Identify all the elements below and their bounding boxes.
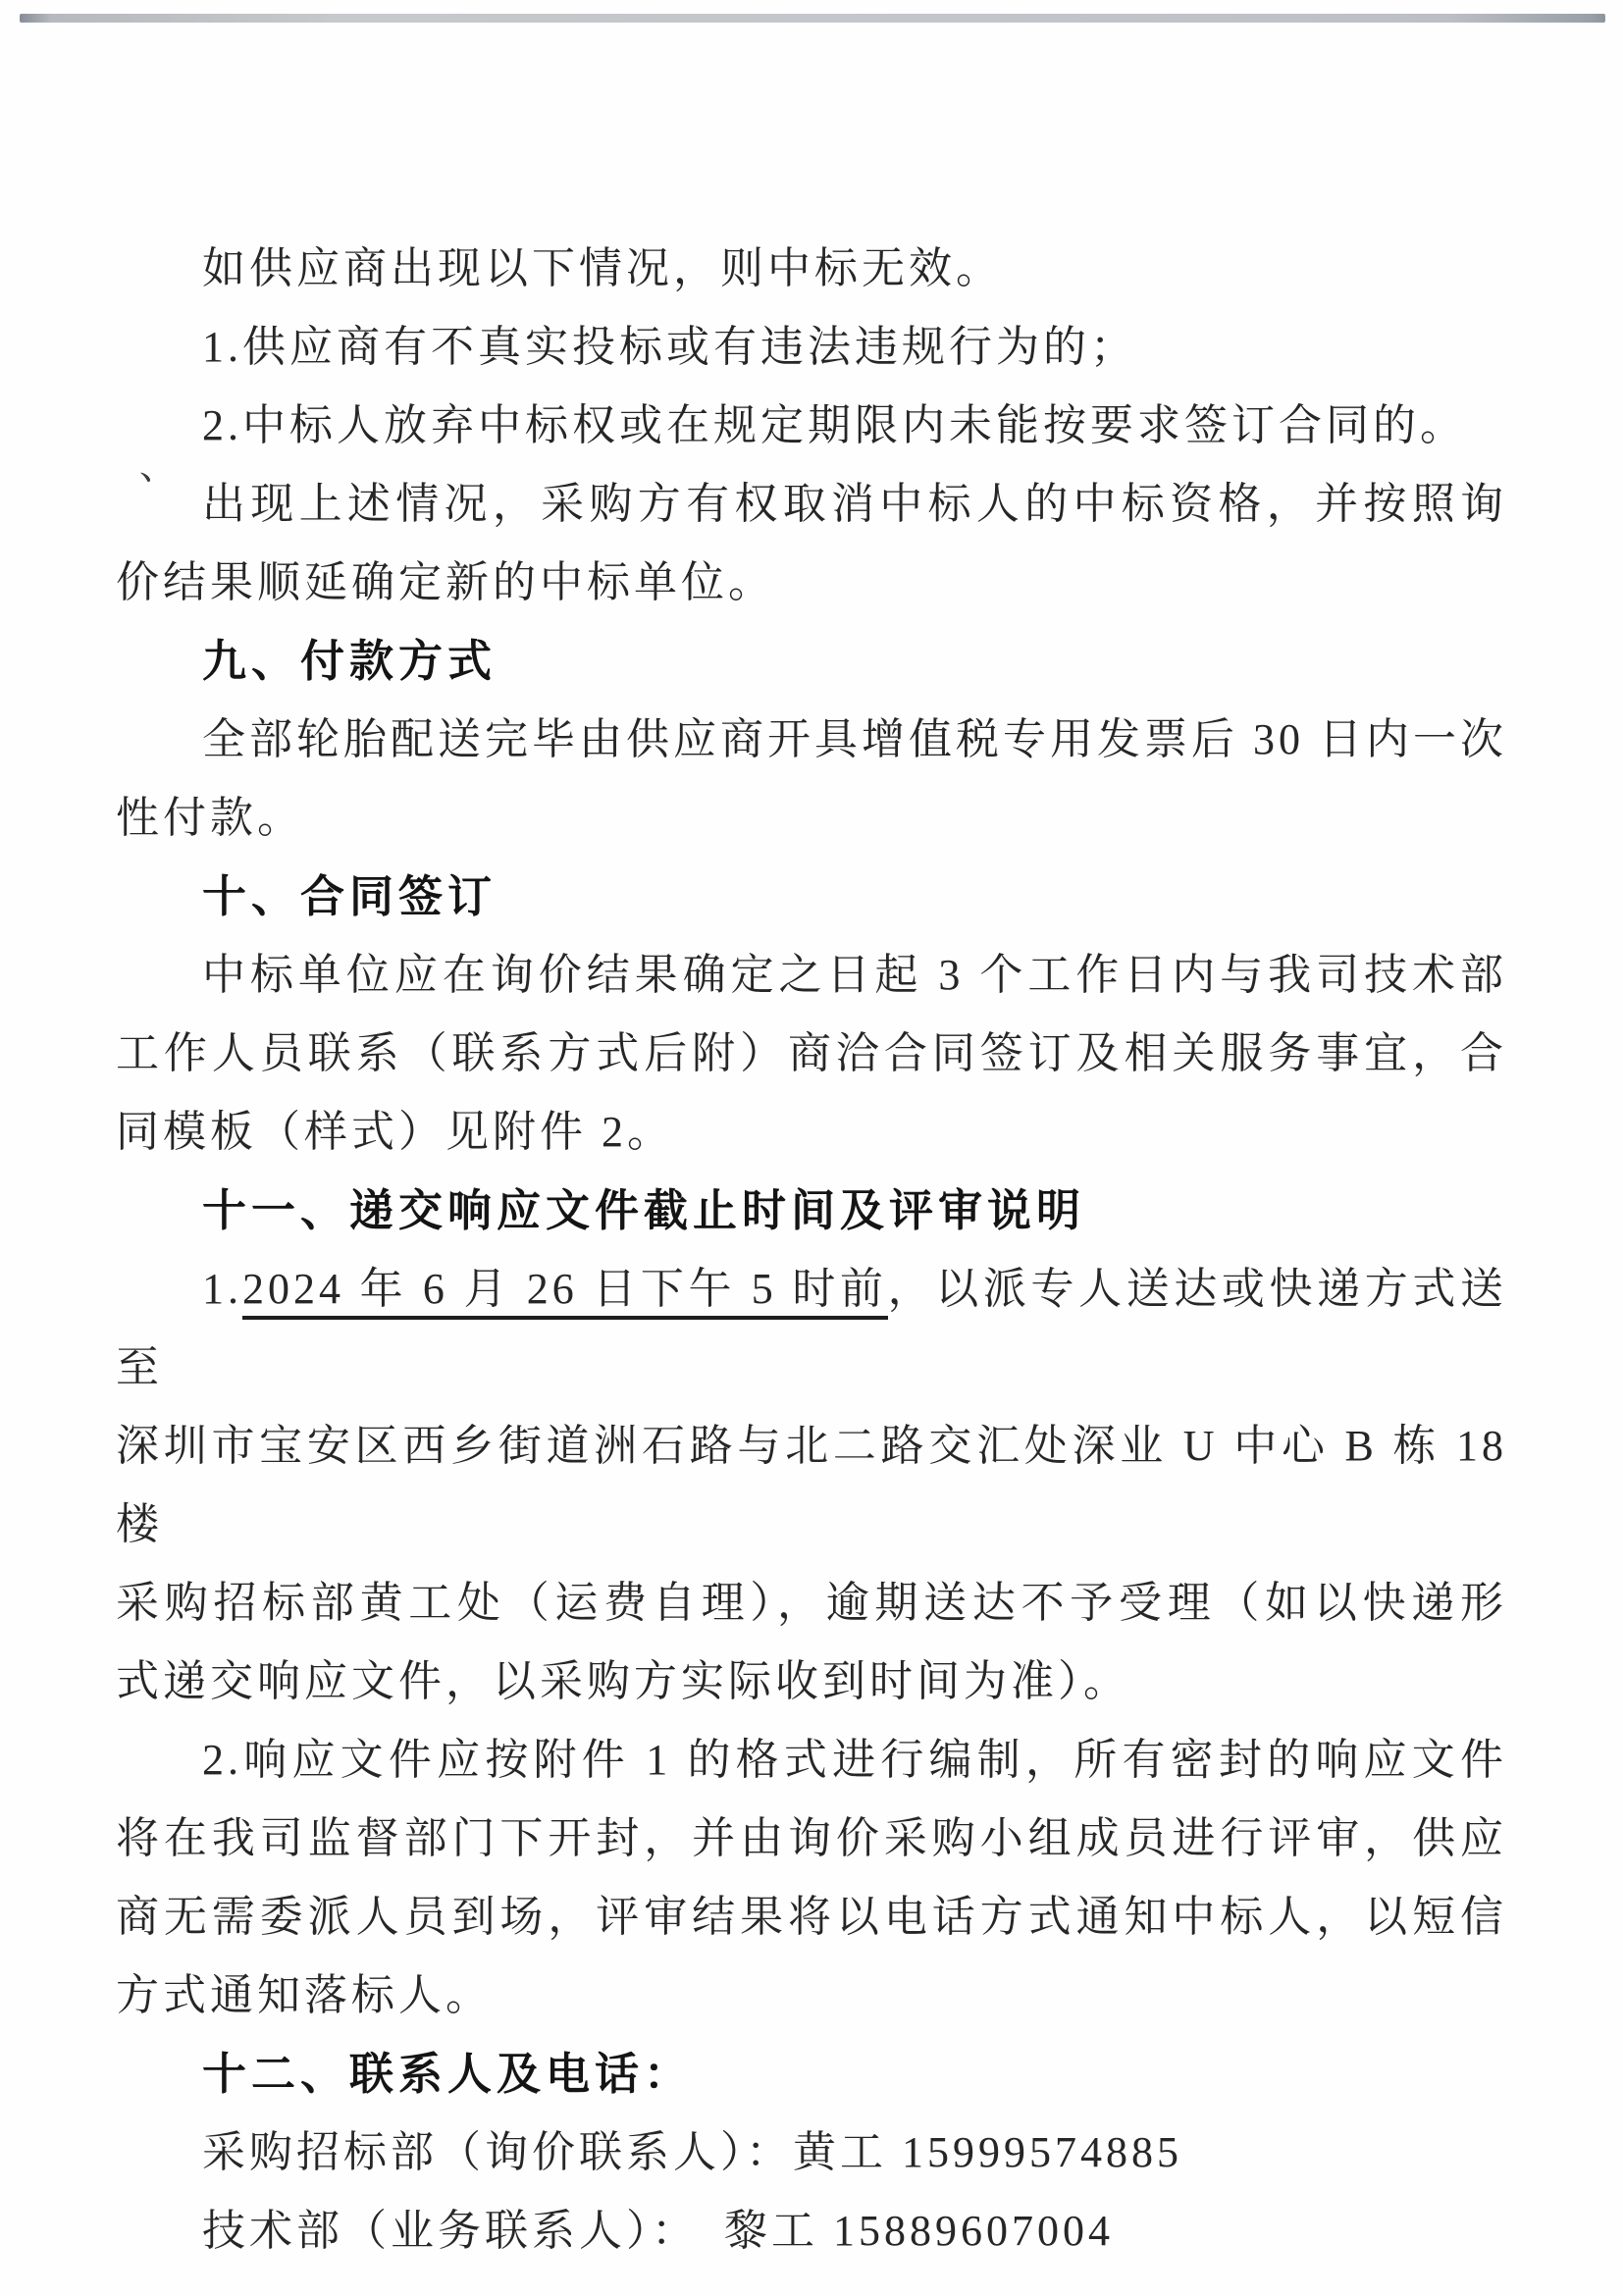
text-line: 如供应商出现以下情况，则中标无效。 [116,230,1507,308]
text-segment: 1.供应商有不真实投标或有违法违规行为的； [202,323,1137,371]
text-segment: 工作人员联系（联系方式后附）商洽合同签订及相关服务事宜，合 [116,1029,1507,1077]
text-segment: 深圳市宝安区西乡街道洲石路与北二路交汇处深业 U 中心 B 栋 18 楼 [116,1422,1507,1548]
text-segment: 十、合同签订 [202,871,497,921]
text-line: 方式通知落标人。 [116,1957,1507,2035]
text-line: 将在我司监督部门下开封，并由询价采购小组成员进行评审，供应 [116,1800,1507,1878]
scan-artifact-line [20,14,1605,23]
text-line: 采购招标部（询价联系人）：黄工 15999574885 [116,2113,1507,2192]
text-line: 性付款。 [116,779,1507,858]
document-body: 如供应商出现以下情况，则中标无效。1.供应商有不真实投标或有违法违规行为的；2.… [116,230,1507,2270]
text-segment: 1. [202,1265,242,1313]
text-segment: 十一、递交响应文件截止时间及评审说明 [202,1185,1085,1235]
text-line: 同模板（样式）见附件 2。 [116,1093,1507,1172]
text-segment: 全部轮胎配送完毕由供应商开具增值税专用发票后 30 日内一次 [202,715,1507,763]
text-line: 商无需委派人员到场，评审结果将以电话方式通知中标人，以短信 [116,1878,1507,1957]
underlined-deadline-text: 2024 年 6 月 26 日下午 5 时前 [242,1265,888,1320]
section-heading: 十一、递交响应文件截止时间及评审说明 [116,1172,1507,1250]
text-line: 出现上述情况，采购方有权取消中标人的中标资格，并按照询 [116,465,1507,544]
text-line: 2.中标人放弃中标权或在规定期限内未能按要求签订合同的。 [116,387,1507,465]
document-page: 、 如供应商出现以下情况，则中标无效。1.供应商有不真实投标或有违法违规行为的；… [0,0,1623,2296]
section-heading: 十二、联系人及电话： [116,2035,1507,2113]
text-segment: 技术部（业务联系人）： 黎工 15889607004 [202,2207,1114,2255]
text-line: 2.响应文件应按附件 1 的格式进行编制，所有密封的响应文件 [116,1721,1507,1800]
text-segment: 将在我司监督部门下开封，并由询价采购小组成员进行评审，供应 [116,1814,1507,1862]
text-line: 全部轮胎配送完毕由供应商开具增值税专用发票后 30 日内一次 [116,701,1507,779]
text-line: 价结果顺延确定新的中标单位。 [116,544,1507,622]
text-segment: 价结果顺延确定新的中标单位。 [116,558,775,606]
text-line: 式递交响应文件，以采购方实际收到时间为准）。 [116,1643,1507,1721]
text-segment: 同模板（样式）见附件 2。 [116,1108,674,1156]
text-line: 深圳市宝安区西乡街道洲石路与北二路交汇处深业 U 中心 B 栋 18 楼 [116,1407,1507,1564]
text-segment: 2.中标人放弃中标权或在规定期限内未能按要求签订合同的。 [202,401,1467,449]
text-segment: 采购招标部黄工处（运费自理），逾期送达不予受理（如以快递形 [116,1579,1507,1627]
text-segment: 方式通知落标人。 [116,1971,493,2019]
text-segment: 商无需委派人员到场，评审结果将以电话方式通知中标人，以短信 [116,1893,1507,1941]
text-segment: 性付款。 [116,794,304,842]
text-line: 工作人员联系（联系方式后附）商洽合同签订及相关服务事宜，合 [116,1015,1507,1093]
section-heading: 九、付款方式 [116,622,1507,701]
text-segment: 中标单位应在询价结果确定之日起 3 个工作日内与我司技术部 [202,951,1507,999]
text-line: 中标单位应在询价结果确定之日起 3 个工作日内与我司技术部 [116,936,1507,1015]
text-line: 1.2024 年 6 月 26 日下午 5 时前，以派专人送达或快递方式送至 [116,1250,1507,1407]
text-segment: 九、付款方式 [202,636,497,686]
text-segment: 十二、联系人及电话： [202,2049,693,2099]
text-segment: 式递交响应文件，以采购方实际收到时间为准）。 [116,1657,1130,1705]
text-line: 1.供应商有不真实投标或有违法违规行为的； [116,308,1507,387]
text-segment: 如供应商出现以下情况，则中标无效。 [202,244,1003,292]
text-line: 采购招标部黄工处（运费自理），逾期送达不予受理（如以快递形 [116,1564,1507,1643]
text-line: 技术部（业务联系人）： 黎工 15889607004 [116,2192,1507,2270]
text-segment: 采购招标部（询价联系人）：黄工 15999574885 [202,2128,1182,2176]
text-segment: 2.响应文件应按附件 1 的格式进行编制，所有密封的响应文件 [202,1736,1507,1784]
text-segment: 出现上述情况，采购方有权取消中标人的中标资格，并按照询 [202,480,1507,528]
section-heading: 十、合同签订 [116,858,1507,936]
